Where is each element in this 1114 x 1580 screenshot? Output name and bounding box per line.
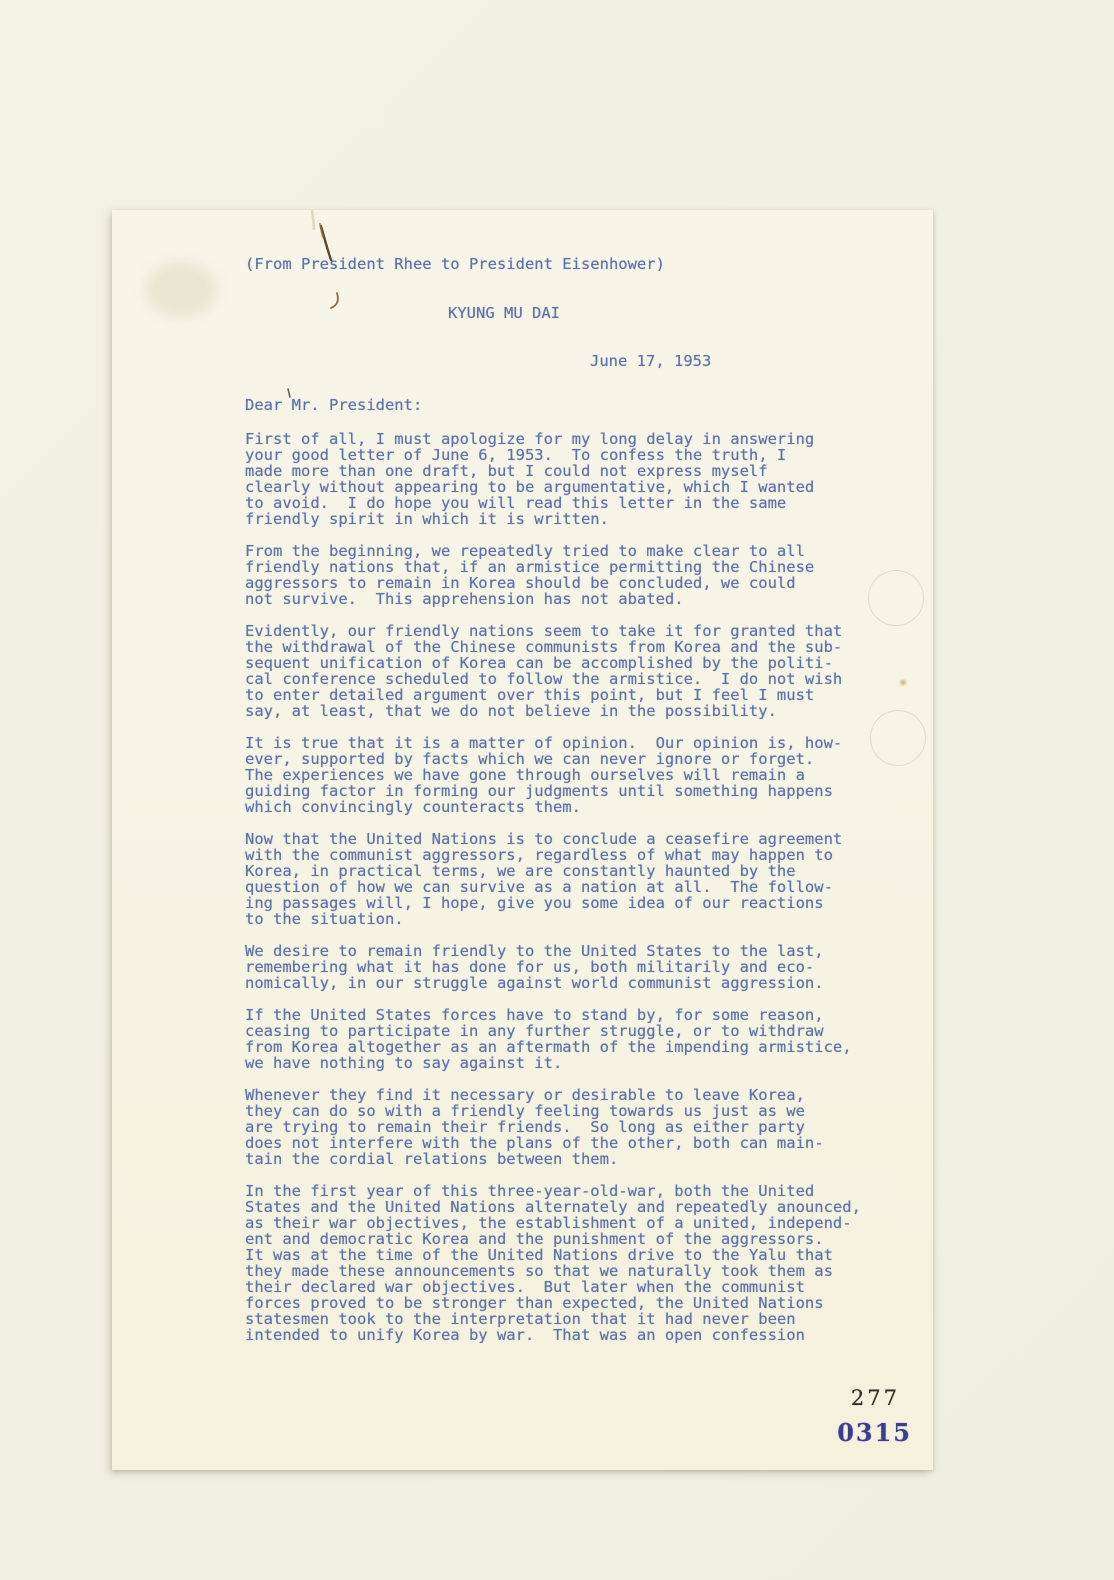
paper-ring-smudge — [868, 570, 924, 626]
letter-paragraph-6: We desire to remain friendly to the Unit… — [245, 943, 893, 991]
date-line: June 17, 1953 — [590, 353, 893, 369]
letterhead-title: KYUNG MU DAI — [448, 305, 893, 321]
paper-ring-smudge — [870, 710, 926, 766]
salutation-line: Dear Mr. President: — [245, 397, 893, 413]
attribution-line: (From President Rhee to President Eisenh… — [245, 256, 893, 272]
letter-body: First of all, I must apologize for my lo… — [245, 431, 893, 1343]
letter-paragraph-7: If the United States forces have to stan… — [245, 1007, 893, 1071]
letter-paragraph-2: From the beginning, we repeatedly tried … — [245, 543, 893, 607]
letter-paragraph-9: In the first year of this three-year-old… — [245, 1183, 893, 1343]
letter-paragraph-4: It is true that it is a matter of opinio… — [245, 735, 893, 815]
scanned-document-background: (From President Rhee to President Eisenh… — [0, 0, 1114, 1580]
letter-page: (From President Rhee to President Eisenh… — [112, 210, 933, 1470]
letter-paragraph-5: Now that the United Nations is to conclu… — [245, 831, 893, 927]
page-number-stamp: 277 — [851, 1386, 900, 1410]
letter-paragraph-1: First of all, I must apologize for my lo… — [245, 431, 893, 527]
letter-paragraph-3: Evidently, our friendly nations seem to … — [245, 623, 893, 719]
paper-smudge — [146, 262, 216, 317]
paper-stain-spot — [900, 680, 906, 685]
letter-paragraph-8: Whenever they find it necessary or desir… — [245, 1087, 893, 1167]
archive-number-stamp: 0315 — [837, 1418, 912, 1447]
